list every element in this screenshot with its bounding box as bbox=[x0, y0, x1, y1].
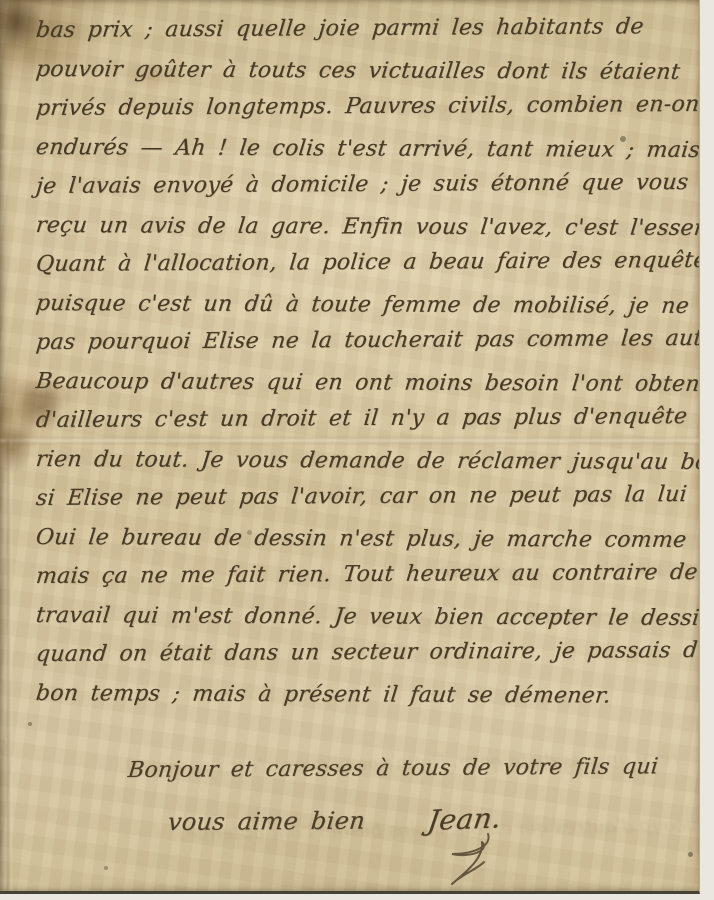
letter-line: je l'avais envoyé à domicile ; je suis é… bbox=[34, 163, 688, 206]
closing-line: Bonjour et caresses à tous de votre fils… bbox=[127, 754, 660, 783]
letter-line: mais ça ne me fait rien. Tout heureux au… bbox=[34, 553, 688, 596]
letter-line: d'ailleurs c'est un droit et il n'y a pa… bbox=[34, 397, 688, 440]
letter-line: pas pourquoi Elise ne la toucherait pas … bbox=[34, 319, 688, 362]
paper-stain bbox=[0, 426, 32, 474]
signature-flourish bbox=[432, 832, 504, 888]
letter-line: privés depuis longtemps. Pauvres civils,… bbox=[34, 85, 688, 128]
letter-line: bon temps ; mais à présent il faut se dé… bbox=[34, 674, 688, 716]
letter-line: quand on était dans un secteur ordinaire… bbox=[34, 631, 688, 674]
ink-speck bbox=[104, 866, 108, 870]
ink-speck bbox=[688, 852, 693, 857]
letter-line: bas prix ; aussi quelle joie parmi les h… bbox=[34, 7, 688, 50]
letter-body: bas prix ; aussi quelle joie parmi les h… bbox=[36, 11, 686, 713]
scanned-letter: puisque c'est un dû à toute femme de mob… bbox=[0, 0, 714, 900]
vertical-fold-crease bbox=[7, 440, 12, 891]
letter-line: si Elise ne peut pas l'avoir, car on ne … bbox=[34, 475, 688, 518]
valediction: vous aime bien bbox=[167, 807, 367, 836]
letter-paper: puisque c'est un dû à toute femme de mob… bbox=[0, 0, 700, 894]
ink-speck bbox=[28, 722, 32, 726]
letter-line: Quant à l'allocation, la police a beau f… bbox=[34, 241, 688, 284]
